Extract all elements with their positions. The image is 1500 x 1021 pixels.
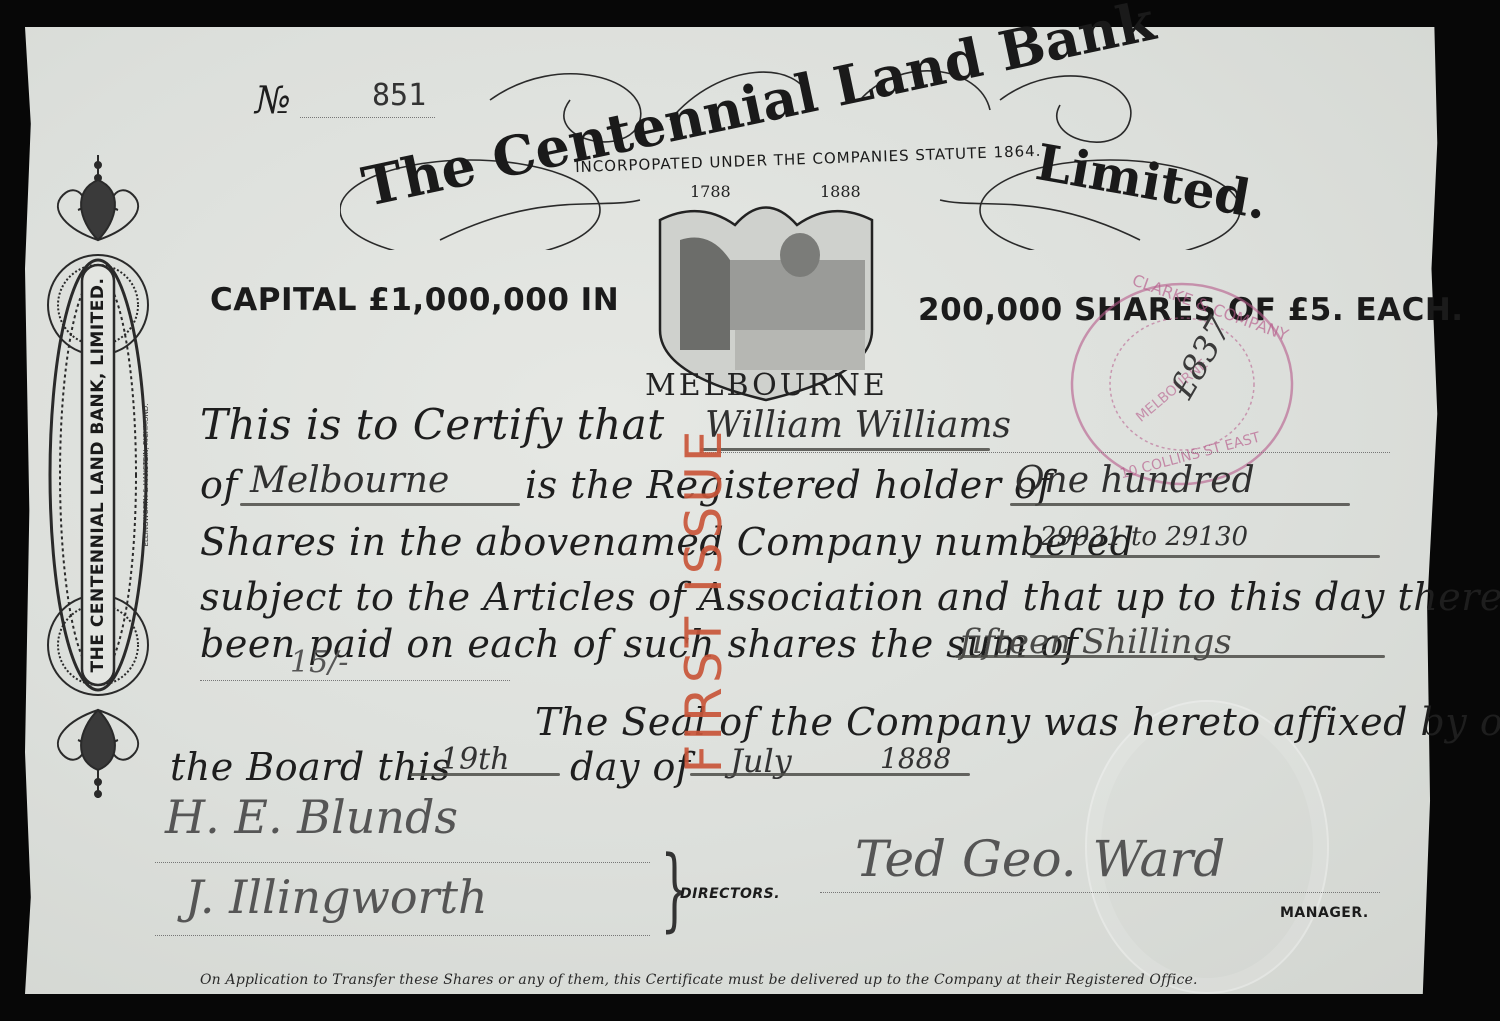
certificate-number-label: №	[255, 78, 291, 122]
ink-underline	[700, 448, 990, 451]
day-value: 19th	[440, 742, 510, 777]
manager-signature: Ted Geo. Ward	[855, 830, 1225, 888]
fill-rule	[200, 680, 510, 681]
shares-numbered-phrase: Shares in the abovenamed Company numbere…	[200, 520, 1135, 564]
ink-underline	[410, 773, 560, 776]
signature-rule	[820, 892, 1380, 893]
manager-label: MANAGER.	[1280, 905, 1369, 921]
side-ornament-panel: THE CENTENNIAL LAND BANK, LIMITED. ELLIN…	[38, 150, 158, 800]
registered-holder-phrase: is the Registered holder of	[525, 463, 1052, 507]
company-stamp: CLARKE & COMPANY MELBOURNE 10 COLLINS ST…	[1068, 278, 1296, 490]
ink-underline	[955, 655, 1385, 658]
ink-underline	[690, 773, 970, 776]
holder-location: Melbourne	[250, 460, 449, 501]
director-signature-2: J. Illingworth	[185, 870, 488, 924]
ink-underline	[1030, 555, 1380, 558]
year-end: 1888	[820, 182, 861, 201]
fill-rule	[700, 452, 1390, 453]
paid-amount-short: 15/-	[290, 645, 348, 680]
share-count-words: One hundred	[1015, 460, 1255, 501]
share-number-range: 29031 to 29130	[1040, 522, 1248, 552]
first-issue-overprint: FIRST ISSUE	[675, 427, 733, 774]
board-phrase: the Board this	[170, 745, 451, 789]
certify-phrase: This is to Certify that	[200, 400, 665, 449]
of-label: of	[200, 463, 238, 507]
ink-underline	[1010, 503, 1350, 506]
holder-name: William Williams	[705, 405, 1011, 446]
day-of-label: day of	[570, 745, 690, 789]
capital-amount: CAPITAL £1,000,000 IN	[210, 282, 619, 318]
ink-underline	[240, 503, 520, 506]
director-signature-1: H. E. Blunds	[165, 790, 458, 844]
city-banner: MELBOURNE	[645, 368, 888, 403]
side-panel-text: THE CENTENNIAL LAND BANK, LIMITED.	[88, 278, 108, 673]
transfer-notice: On Application to Transfer these Shares …	[200, 972, 1198, 988]
signature-rule	[155, 862, 650, 863]
year-start: 1788	[690, 182, 731, 201]
directors-label: DIRECTORS.	[680, 886, 780, 902]
signature-rule	[155, 935, 650, 936]
printer-imprint: ELLINGWORTH & HANSTEIN, RICHMOND.	[142, 404, 150, 547]
articles-phrase: subject to the Articles of Association a…	[200, 575, 1500, 619]
year-value: 1888	[880, 742, 951, 775]
